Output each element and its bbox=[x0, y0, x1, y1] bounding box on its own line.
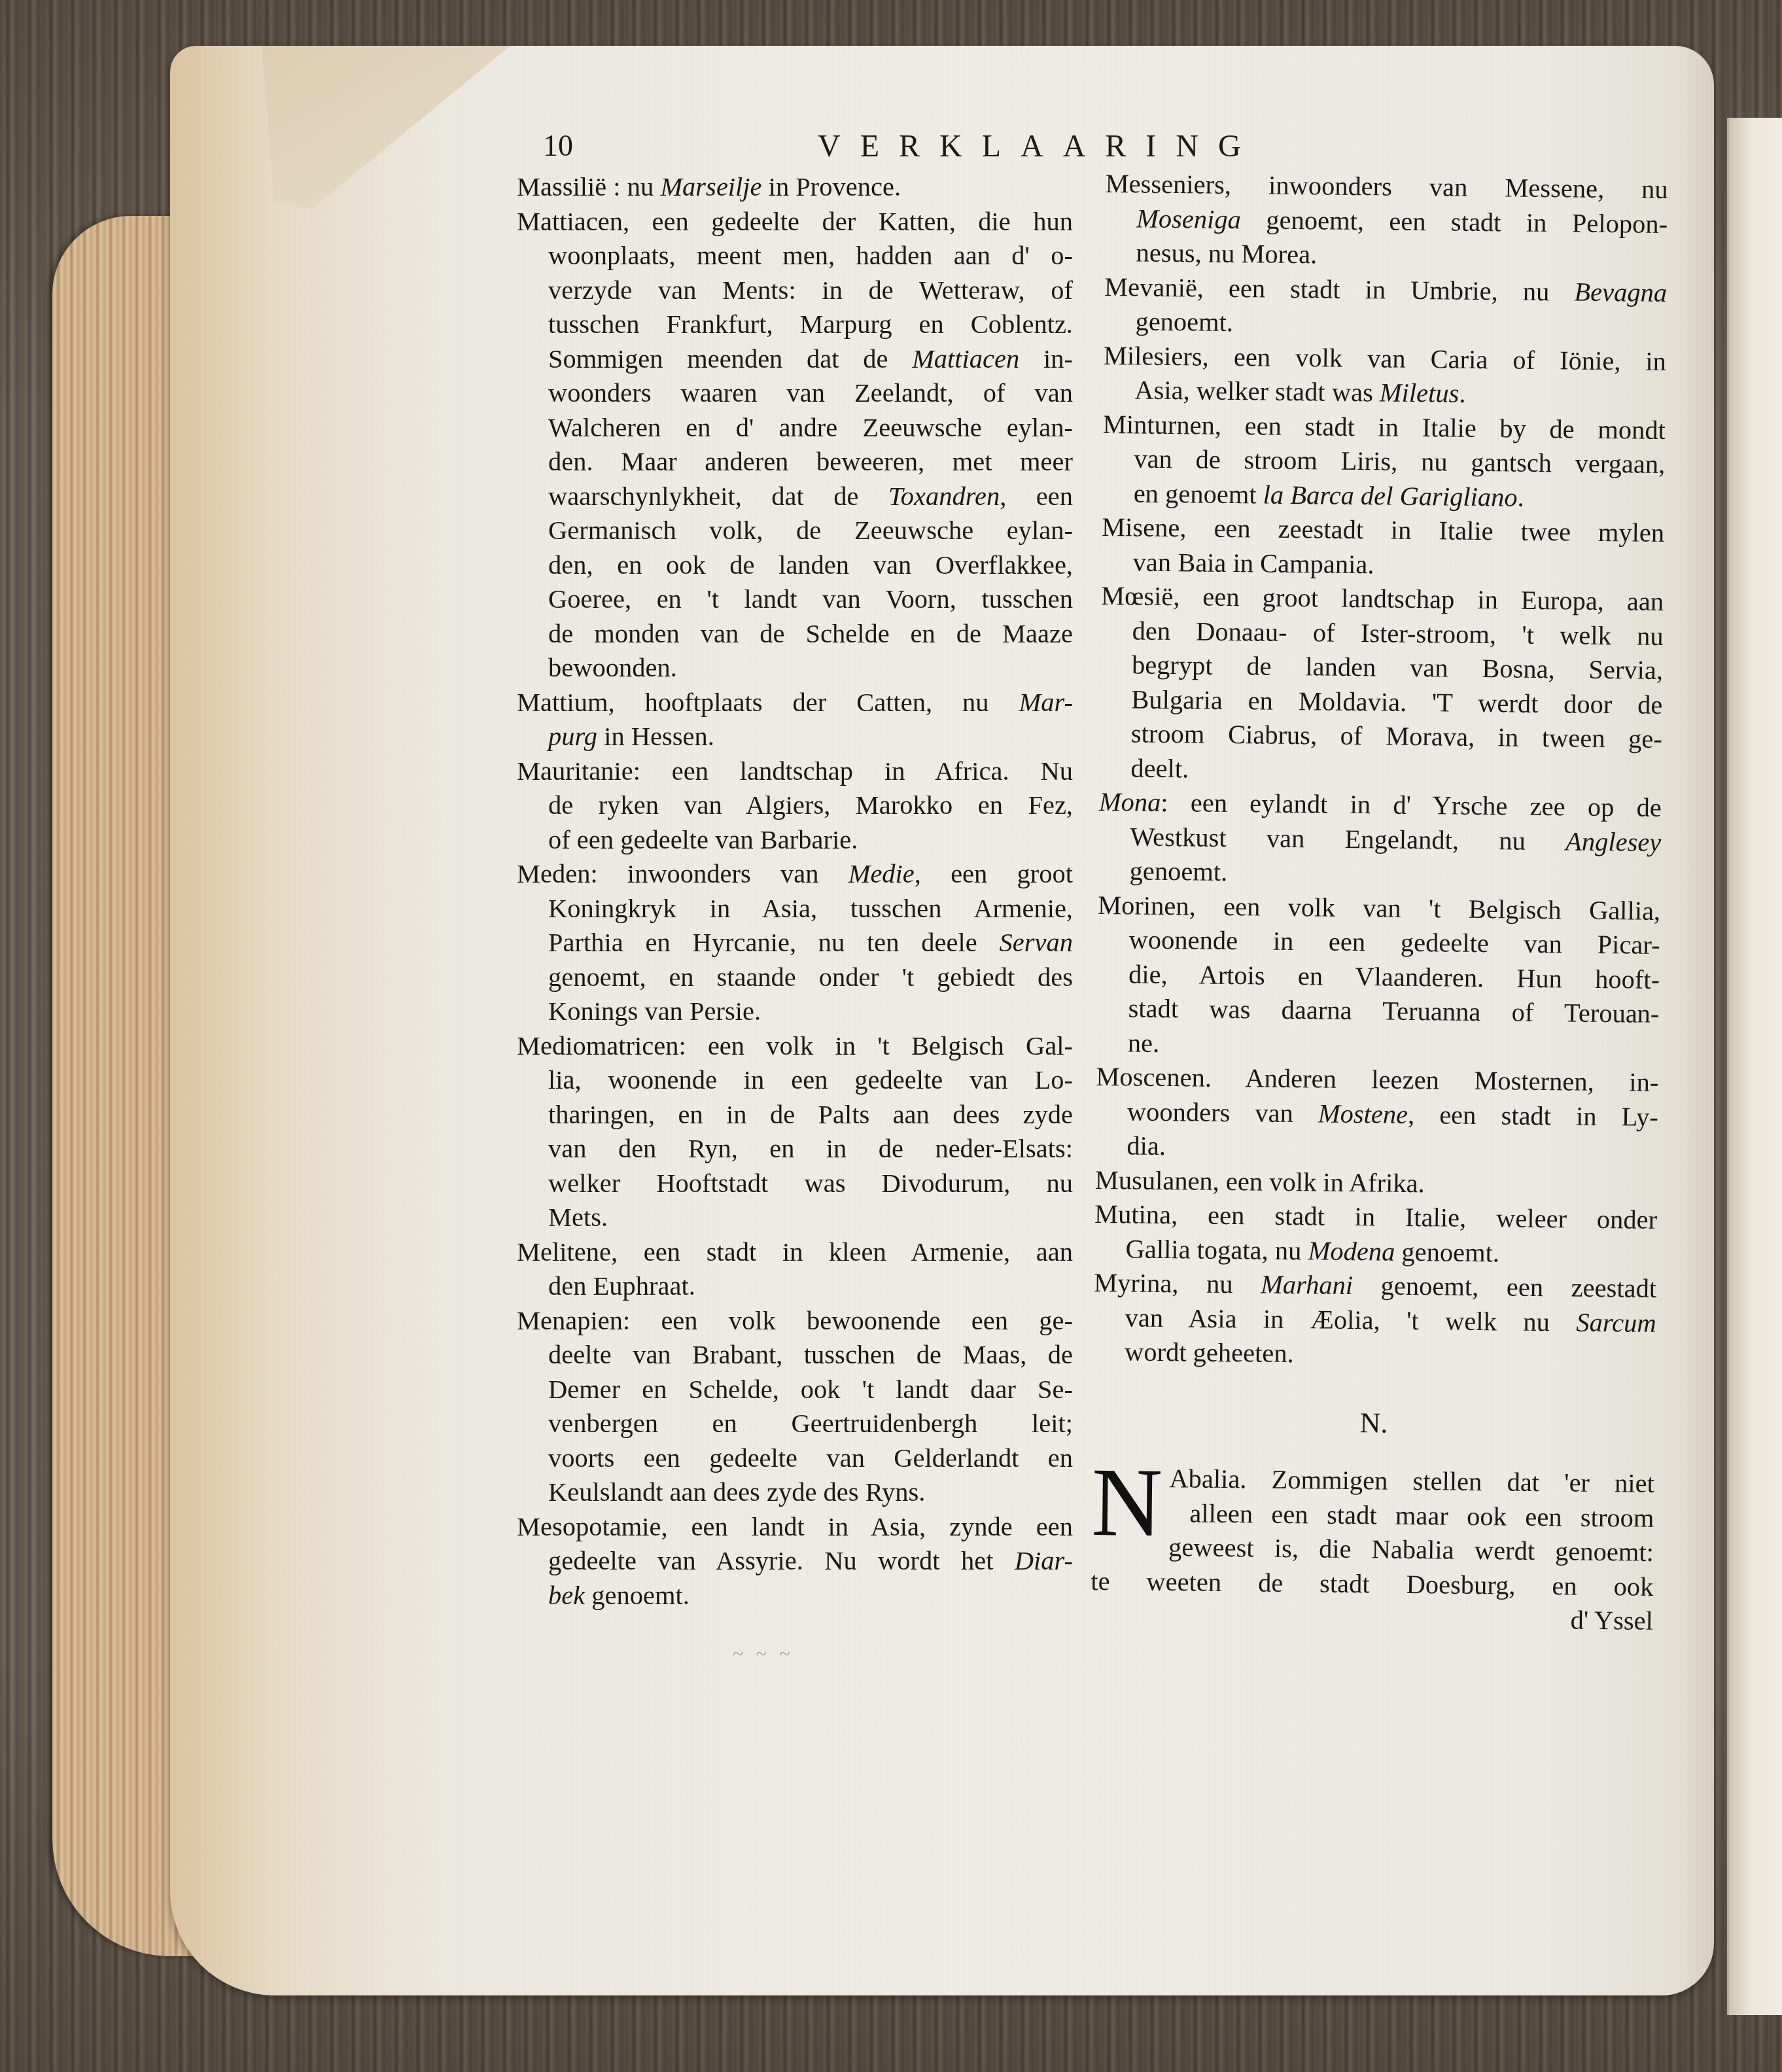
entry-headword-line: Milesiers, een volk van Caria of Iönie, … bbox=[1104, 338, 1667, 379]
entry-headword-line: Myrina, nu Marhani genoemt, een zeestadt bbox=[1094, 1266, 1657, 1307]
entry-headword-line: Messeniers, inwoonders van Messene, nu bbox=[1105, 167, 1668, 207]
entry-line: woonders van Mostene, een stadt in Ly- bbox=[1096, 1094, 1659, 1134]
entry-line: of een gedeelte van Barbarie. bbox=[517, 823, 1073, 858]
entry-line: wordt geheeten. bbox=[1093, 1335, 1656, 1375]
glossary-entry: Mutina, een stadt in Italie, weleer onde… bbox=[1094, 1197, 1657, 1272]
entry-line: tharingen, en in de Palts aan dees zyde bbox=[517, 1098, 1073, 1133]
signature-mark: ~ ~ ~ bbox=[733, 1643, 794, 1666]
italic-term: Marhani bbox=[1261, 1270, 1353, 1300]
entry-line: den Donaau- of Ister-stroom, 't welk nu bbox=[1100, 613, 1664, 654]
entry-line: den, en ook de landen van Overflakkee, bbox=[517, 548, 1073, 583]
entry-line: Germanisch volk, de Zeeuwsche eylan- bbox=[517, 514, 1073, 548]
entry-line: Sommigen meenden dat de Mattiacen in- bbox=[517, 342, 1073, 377]
left-text-column: Massilië : nu Marseilje in Provence.Matt… bbox=[517, 170, 1073, 1613]
entry-line: de monden van de Schelde en de Maaze bbox=[517, 617, 1073, 652]
entry-line: van den Ryn, en in de neder-Elsats: bbox=[517, 1132, 1073, 1167]
glossary-entry: Massilië : nu Marseilje in Provence. bbox=[517, 170, 1073, 205]
italic-term: Mattiacen bbox=[912, 344, 1019, 374]
italic-term: Sarcum bbox=[1576, 1307, 1656, 1337]
page-number: 10 bbox=[543, 128, 573, 163]
entry-line: Demer en Schelde, ook 't landt daar Se- bbox=[517, 1373, 1073, 1407]
entry-line: welker Hooftstadt was Divodurum, nu bbox=[517, 1167, 1073, 1201]
italic-term: Marseilje bbox=[660, 172, 761, 202]
catchword: d' Yssel bbox=[1091, 1598, 1654, 1639]
italic-term: Diar- bbox=[1015, 1546, 1073, 1575]
italic-term: purg bbox=[548, 722, 597, 751]
entry-headword-line: Mona: een eylandt in d' Yrsche zee op de bbox=[1099, 785, 1662, 826]
entry-line: Westkust van Engelandt, nu Anglesey bbox=[1098, 819, 1662, 860]
entry-line: Asia, welker stadt was Miletus. bbox=[1103, 373, 1666, 413]
entry-line: ne. bbox=[1096, 1025, 1660, 1066]
entry-headword-line: Mauritanie: een landtschap in Africa. Nu bbox=[517, 754, 1073, 789]
glossary-entry: Musulanen, een volk in Afrika. bbox=[1095, 1163, 1658, 1203]
glossary-entry: Moscenen. Anderen leezen Mosternen, in-w… bbox=[1095, 1060, 1659, 1168]
entry-line: Keulslandt aan dees zyde des Ryns. bbox=[517, 1475, 1073, 1510]
glossary-entry: Mœsië, een groot landtschap in Europa, a… bbox=[1099, 579, 1664, 791]
running-title: VERKLAARING bbox=[818, 128, 1261, 164]
entry-headword-line: Melitene, een stadt in kleen Armenie, aa… bbox=[517, 1235, 1073, 1270]
entry-headword-line: Massilië : nu Marseilje in Provence. bbox=[517, 170, 1073, 205]
entry-line: deelte van Brabant, tusschen de Maas, de bbox=[517, 1338, 1073, 1373]
entry-line: van Asia in Æolia, 't welk nu Sarcum bbox=[1093, 1300, 1656, 1341]
entry-headword-line: Mevanië, een stadt in Umbrie, nu Bevagna bbox=[1104, 270, 1668, 310]
entry-line: Abalia. Zommigen stellen dat 'er niet bbox=[1092, 1461, 1655, 1501]
italic-term: Mar- bbox=[1019, 688, 1073, 717]
entry-line: van de stroom Liris, nu gantsch vergaan, bbox=[1102, 442, 1666, 482]
glossary-entry: Milesiers, een volk van Caria of Iönie, … bbox=[1103, 338, 1666, 413]
entry-line: van Baia in Campania. bbox=[1101, 544, 1664, 585]
entry-line: den Euphraat. bbox=[517, 1269, 1073, 1304]
entry-line: alleen een stadt maar ook een stroom bbox=[1091, 1495, 1654, 1536]
italic-term: Servan bbox=[1000, 928, 1073, 957]
glossary-entry: Meden: inwoonders van Medie, een grootKo… bbox=[517, 857, 1073, 1029]
entry-line: Walcheren en d' andre Zeeuwsche eylan- bbox=[517, 411, 1073, 446]
glossary-entry: Messeniers, inwoonders van Messene, nuMo… bbox=[1104, 167, 1668, 275]
entry-line: en genoemt la Barca del Garigliano. bbox=[1102, 476, 1666, 516]
glossary-entry: Mona: een eylandt in d' Yrsche zee op de… bbox=[1098, 785, 1662, 894]
glossary-entry: Mauritanie: een landtschap in Africa. Nu… bbox=[517, 754, 1073, 858]
entry-line: Gallia togata, nu Modena genoemt. bbox=[1094, 1231, 1657, 1272]
section-heading: N. bbox=[1092, 1403, 1656, 1443]
glossary-entry: Melitene, een stadt in kleen Armenie, aa… bbox=[517, 1235, 1073, 1304]
entry-headword-line: Mesopotamie, een landt in Asia, zynde ee… bbox=[517, 1510, 1073, 1545]
entry-line: voorts een gedeelte van Gelderlandt en bbox=[517, 1441, 1073, 1476]
glossary-entry: Mesopotamie, een landt in Asia, zynde ee… bbox=[517, 1510, 1073, 1613]
facing-page-edge bbox=[1727, 118, 1782, 2015]
italic-term: Bevagna bbox=[1574, 277, 1667, 307]
entry-line: nesus, nu Morea. bbox=[1104, 236, 1668, 276]
entry-line: de ryken van Algiers, Marokko en Fez, bbox=[517, 788, 1073, 823]
entry-line: bewoonden. bbox=[517, 651, 1073, 686]
entry-line: bek genoemt. bbox=[517, 1579, 1073, 1613]
entry-headword-line: Menapien: een volk bewoonende een ge- bbox=[517, 1304, 1073, 1339]
glossary-entry: Mattiacen, een gedeelte der Katten, die … bbox=[517, 205, 1073, 686]
entry-line: stadt was daarna Teruanna of Terouan- bbox=[1096, 991, 1660, 1032]
glossary-entry: Mevanië, een stadt in Umbrie, nu Bevagna… bbox=[1104, 270, 1667, 344]
entry-line: Moseniga genoemt, een stadt in Pelopon- bbox=[1105, 201, 1668, 241]
entry-headword-line: Mutina, een stadt in Italie, weleer onde… bbox=[1094, 1197, 1658, 1238]
entry-headword-line: Musulanen, een volk in Afrika. bbox=[1095, 1163, 1658, 1203]
page-header: 10 VERKLAARING bbox=[543, 128, 1420, 167]
glossary-entry: Mediomatricen: een volk in 't Belgisch G… bbox=[517, 1029, 1073, 1235]
entry-line: purg in Hessen. bbox=[517, 720, 1073, 754]
entry-line: Goeree, en 't landt van Voorn, tusschen bbox=[517, 582, 1073, 617]
entry-line: genoemt. bbox=[1104, 304, 1667, 345]
entry-headword-line: Morinen, een volk van 't Belgisch Gallia… bbox=[1098, 888, 1661, 928]
entry-line: den. Maar anderen beweeren, met meer bbox=[517, 445, 1073, 480]
entry-line: te weeten de stadt Doesburg, en ook bbox=[1091, 1564, 1654, 1604]
entry-line: deelt. bbox=[1099, 750, 1662, 791]
entry-line: woonplaats, meent men, hadden aan d' o- bbox=[517, 239, 1073, 273]
right-text-column: Messeniers, inwoonders van Messene, nuMo… bbox=[1091, 167, 1668, 1638]
entry-line: stroom Ciabrus, of Morava, in tween ge- bbox=[1100, 716, 1663, 757]
entry-line: Konings van Persie. bbox=[517, 994, 1073, 1029]
italic-term: Moseniga bbox=[1136, 203, 1241, 234]
entry-line: verzyde van Ments: in de Wetteraw, of bbox=[517, 273, 1073, 308]
entry-line: genoemt. bbox=[1098, 854, 1661, 894]
italic-term: Anglesey bbox=[1565, 826, 1662, 857]
glossary-entry: Mattium, hooftplaats der Catten, nu Mar-… bbox=[517, 686, 1073, 754]
entry-line: Mets. bbox=[517, 1201, 1073, 1235]
entry-headword-line: Misene, een zeestadt in Italie twee myle… bbox=[1102, 510, 1665, 551]
italic-term: Modena bbox=[1308, 1236, 1395, 1266]
entry-line: begrypt de landen van Bosna, Servia, bbox=[1100, 648, 1664, 688]
glossary-entry: Minturnen, een stadt in Italie by de mon… bbox=[1102, 407, 1666, 516]
glossary-entry: Menapien: een volk bewoonende een ge-dee… bbox=[517, 1304, 1073, 1510]
entry-line: woonders waaren van Zeelandt, of van bbox=[517, 376, 1073, 411]
entry-line: dia. bbox=[1095, 1129, 1658, 1169]
glossary-entry: Morinen, een volk van 't Belgisch Gallia… bbox=[1096, 888, 1661, 1065]
italic-term: Toxandren bbox=[888, 482, 1000, 511]
entry-line: Parthia en Hyrcanie, nu ten deele Servan bbox=[517, 926, 1073, 960]
right-column-entries: Messeniers, inwoonders van Messene, nuMo… bbox=[1093, 167, 1668, 1375]
glossary-entry: Myrina, nu Marhani genoemt, een zeestadt… bbox=[1093, 1266, 1657, 1375]
entry-headword-line: Moscenen. Anderen leezen Mosternen, in- bbox=[1096, 1060, 1659, 1100]
glossary-entry: Misene, een zeestadt in Italie twee myle… bbox=[1101, 510, 1664, 585]
nabalia-entry: N Abalia. Zommigen stellen dat 'er nieta… bbox=[1091, 1461, 1655, 1638]
entry-line: lia, woonende in een gedeelte van Lo- bbox=[517, 1063, 1073, 1098]
entry-line: woonende in een gedeelte van Picar- bbox=[1097, 922, 1660, 963]
entry-line: venbergen en Geertruidenbergh leit; bbox=[517, 1407, 1073, 1441]
entry-headword-line: Minturnen, een stadt in Italie by de mon… bbox=[1103, 407, 1666, 448]
italic-term: Miletus bbox=[1380, 378, 1459, 408]
italic-term: bek bbox=[548, 1581, 585, 1610]
entry-line: geweest is, die Nabalia werdt genoemt: bbox=[1091, 1530, 1654, 1570]
entry-line: genoemt, en staande onder 't gebiedt des bbox=[517, 960, 1073, 995]
entry-line: tusschen Frankfurt, Marpurg en Coblentz. bbox=[517, 307, 1073, 342]
italic-term: Mostene bbox=[1318, 1098, 1408, 1129]
entry-line: Bulgaria en Moldavia. 'T werdt door de bbox=[1100, 682, 1663, 722]
entry-headword-line: Mœsië, een groot landtschap in Europa, a… bbox=[1101, 579, 1664, 620]
entry-line: gedeelte van Assyrie. Nu wordt het Diar- bbox=[517, 1544, 1073, 1579]
drop-capital: N bbox=[1091, 1465, 1163, 1541]
entry-headword-line: Meden: inwoonders van Medie, een groot bbox=[517, 857, 1073, 892]
entry-headword-line: Mattiacen, een gedeelte der Katten, die … bbox=[517, 205, 1073, 239]
entry-headword-line: Mediomatricen: een volk in 't Belgisch G… bbox=[517, 1029, 1073, 1064]
entry-lines: Abalia. Zommigen stellen dat 'er nietall… bbox=[1091, 1461, 1654, 1604]
entry-headword-line: Mattium, hooftplaats der Catten, nu Mar- bbox=[517, 686, 1073, 720]
entry-line: Koningkryk in Asia, tusschen Armenie, bbox=[517, 892, 1073, 926]
entry-line: die, Artois en Vlaanderen. Hun hooft- bbox=[1097, 957, 1660, 997]
italic-term: Mona bbox=[1099, 787, 1161, 817]
italic-term: Medie bbox=[848, 859, 915, 888]
italic-term: la Barca del Garigliano bbox=[1263, 480, 1517, 512]
entry-line: waarschynlykheit, dat de Toxandren, een bbox=[517, 480, 1073, 514]
